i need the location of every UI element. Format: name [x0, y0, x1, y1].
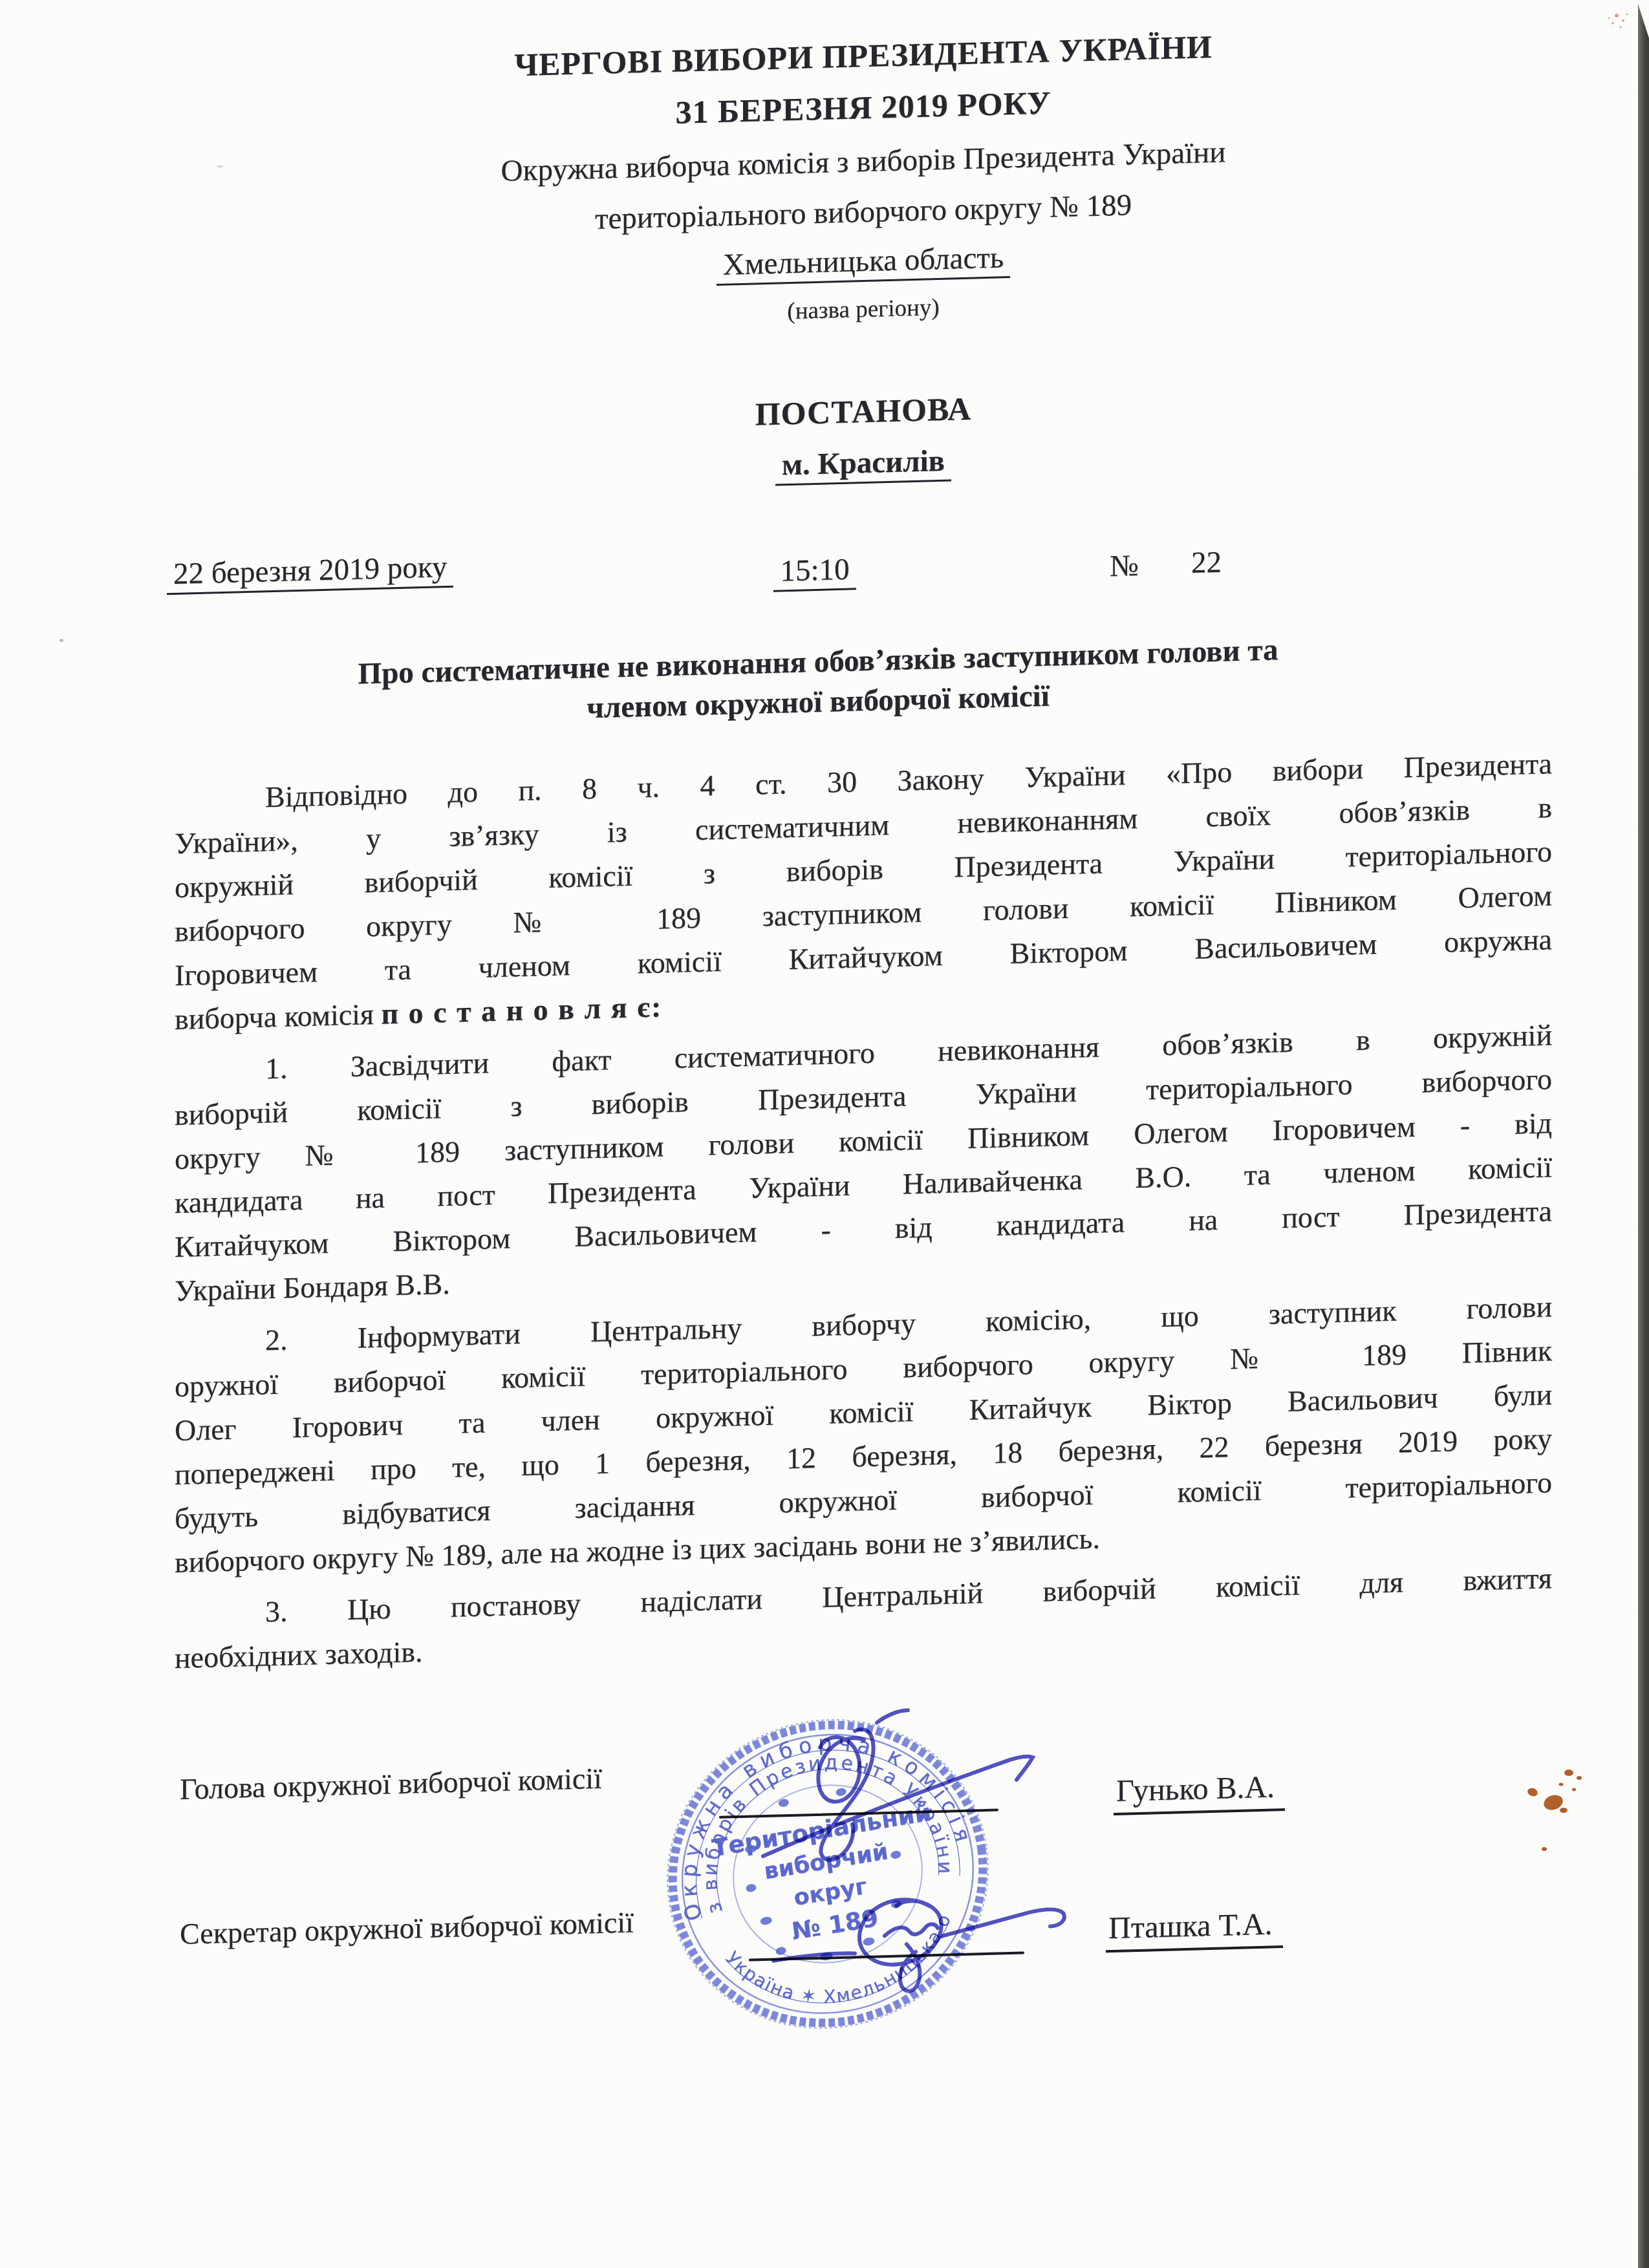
handwritten-signatures: [0, 0, 1649, 2268]
scanner-edge-strip: [1638, 0, 1649, 2268]
scanned-resolution-page: ЧЕРГОВІ ВИБОРИ ПРЕЗИДЕНТА УКРАЇНИ 31 БЕР…: [0, 0, 1649, 2268]
dust-speck: [217, 166, 223, 167]
corner-smudge: [1597, 5, 1643, 37]
page-corner-cut: [1637, 0, 1649, 40]
dust-speck: [59, 639, 63, 642]
signature-ink-secretary: [773, 1896, 1064, 1995]
document-content: ЧЕРГОВІ ВИБОРИ ПРЕЗИДЕНТА УКРАЇНИ 31 БЕР…: [0, 0, 1649, 2268]
signature-ink-head: [763, 1707, 1033, 1861]
ink-splatter: [1507, 1752, 1604, 1862]
